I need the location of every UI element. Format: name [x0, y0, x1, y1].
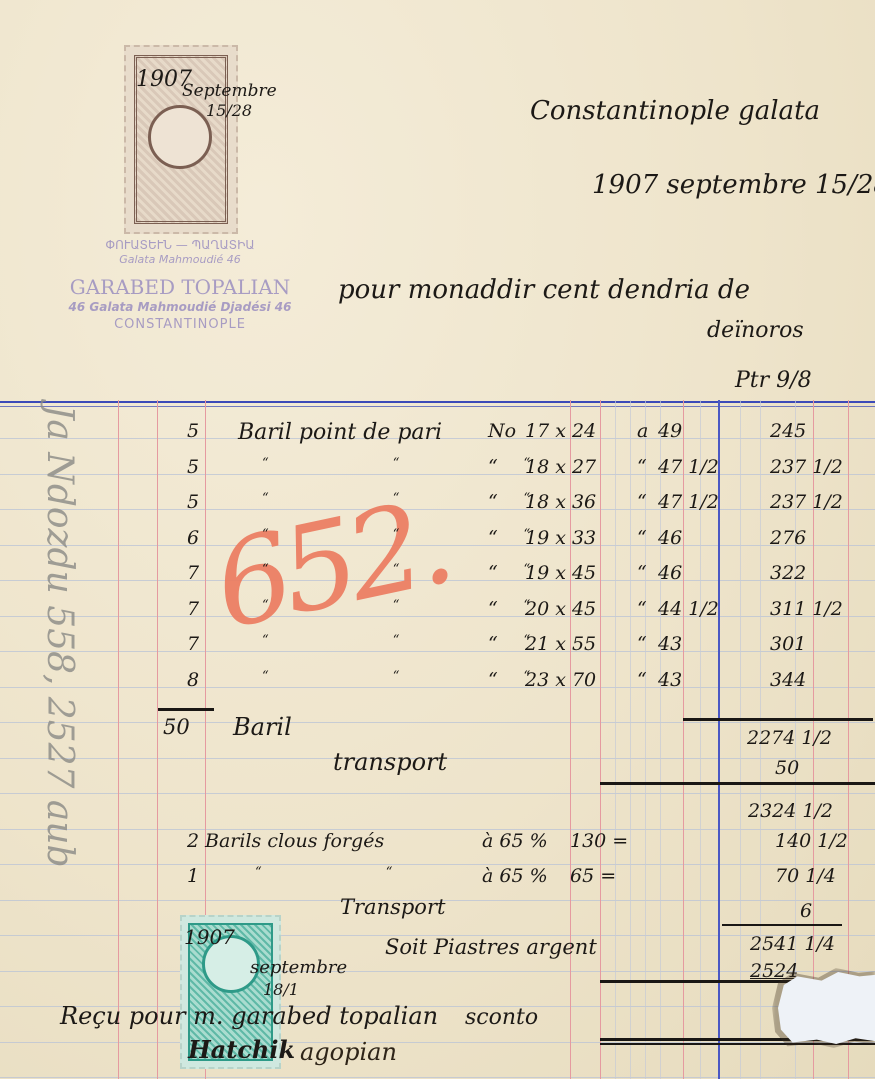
item-rate: 49 [658, 420, 682, 442]
transport-2-amount: 6 [800, 900, 812, 922]
item-rate: 47 1/2 [658, 491, 719, 513]
item-size: 21 x 55 [525, 633, 596, 655]
table-row: 5“ “ ““18 x 27“47 1/2237 1/2 [0, 456, 875, 486]
item-size: 19 x 45 [525, 562, 596, 584]
item-amount: 245 [770, 420, 806, 442]
qty-sum-rule [158, 708, 214, 711]
place-heading: Constantinople galata [530, 96, 820, 126]
item-size: 20 x 45 [525, 598, 596, 620]
item-size: 23 x 70 [525, 669, 596, 691]
item-amount: 237 1/2 [770, 491, 843, 513]
item-amount: 237 1/2 [770, 456, 843, 478]
addressee-line-1: pour monaddir cent dendria de [338, 275, 750, 305]
item-rate: 46 [658, 562, 682, 584]
table-row: 1“ “à 65 %65 =70 1/4 [0, 865, 875, 895]
item-size: 18 x 27 [525, 456, 596, 478]
item-number-label: “ [488, 669, 498, 691]
item-rate: 46 [658, 527, 682, 549]
table-row: 7“ “ ““20 x 45“44 1/2311 1/2 [0, 598, 875, 628]
nail-calc: 65 = [570, 865, 616, 887]
item-rate: 43 [658, 633, 682, 655]
item-rate: 43 [658, 669, 682, 691]
item-amount: 322 [770, 562, 806, 584]
nail-rate: à 65 % [482, 865, 548, 887]
item-qty: 7 [187, 562, 199, 584]
item-number-label: “ [488, 456, 498, 478]
subtotal-rule [683, 718, 873, 721]
total-amount: 2324 1/2 [748, 800, 833, 822]
table-row: 8“ “ ““23 x 70“43344 [0, 669, 875, 699]
item-description: Baril point de pari [238, 420, 442, 445]
merchant-name: GARABED TOPALIAN [40, 275, 320, 300]
transport-label: transport [333, 748, 447, 776]
merchant-stamp: ՓՈՒԱՏԵՒՆ — ՊԱՂԱՏԻԱ Galata Mahmoudié 46 G… [40, 230, 320, 333]
item-number-label: No [488, 420, 516, 442]
ruled-line [0, 971, 875, 972]
item-number-label: “ [488, 491, 498, 513]
receipt-text: Reçu pour m. garabed topalian [60, 1002, 438, 1030]
stamp-annotation-day: 18/1 [263, 980, 299, 999]
item-size: 18 x 36 [525, 491, 596, 513]
currency-column-header: Ptr 9/8 [735, 368, 812, 393]
nail-description: “ “ [255, 865, 452, 880]
merchant-city: CONSTANTINOPLE [40, 317, 320, 333]
item-number-label: “ [488, 527, 498, 549]
transport-2-label: Transport [340, 895, 445, 919]
item-qty: 5 [187, 491, 199, 513]
grand-total-rule [722, 924, 842, 926]
item-qty: 7 [187, 633, 199, 655]
item-qty: 6 [187, 527, 199, 549]
table-row: 7“ “ ““21 x 55“43301 [0, 633, 875, 663]
item-amount: 344 [770, 669, 806, 691]
item-rate-prefix: “ [637, 491, 647, 513]
item-size: 17 x 24 [525, 420, 596, 442]
merchant-address: 46 Galata Mahmoudié Djadési 46 [40, 300, 320, 315]
item-rate-prefix: “ [637, 669, 647, 691]
stamp-annotation-year: 1907 [184, 925, 235, 949]
item-rate-prefix: “ [637, 527, 647, 549]
discount-label: sconto [465, 1005, 538, 1030]
item-rate-prefix: “ [637, 633, 647, 655]
item-rate: 47 1/2 [658, 456, 719, 478]
addressee-line-2: deïnoros [707, 318, 804, 343]
item-number-label: “ [488, 598, 498, 620]
transport-amount: 50 [775, 757, 799, 779]
item-rate: 44 1/2 [658, 598, 719, 620]
item-qty: 8 [187, 669, 199, 691]
grand-total-label: Soit Piastres argent [385, 935, 597, 959]
invoice-page: 1907 Septembre 15/28 ՓՈՒԱՏԵՒՆ — ՊԱՂԱՏԻԱ … [0, 0, 875, 1079]
ledger-top-rule-thin [0, 406, 875, 407]
nail-calc: 130 = [570, 830, 628, 852]
stamp-annotation-month: septembre [250, 957, 347, 978]
net-total-rule [600, 980, 800, 983]
signature-first-name: Hatchik [188, 1035, 295, 1064]
merchant-stamp-armenian: ՓՈՒԱՏԵՒՆ — ՊԱՂԱՏԻԱ [40, 238, 320, 253]
nail-description: Barils clous forgés [205, 830, 384, 852]
nail-rate: à 65 % [482, 830, 548, 852]
ruled-line [0, 722, 875, 723]
table-row: 5Baril point de pariNo17 x 24a49245 [0, 420, 875, 450]
torn-paper-hole [778, 972, 875, 1044]
item-size: 19 x 33 [525, 527, 596, 549]
total-rule [600, 782, 875, 785]
table-row: 2Barils clous forgésà 65 %130 =140 1/2 [0, 830, 875, 860]
item-amount: 311 1/2 [770, 598, 843, 620]
item-rate-prefix: “ [637, 456, 647, 478]
nail-qty: 1 [187, 865, 199, 887]
table-row: 6“ “ ““19 x 33“46276 [0, 527, 875, 557]
item-number-label: “ [488, 562, 498, 584]
item-qty: 7 [187, 598, 199, 620]
item-qty: 5 [187, 456, 199, 478]
item-amount: 301 [770, 633, 806, 655]
stamp-annotation-month: Septembre [182, 81, 277, 101]
item-rate-prefix: a [637, 420, 648, 442]
item-rate-prefix: “ [637, 562, 647, 584]
subtotal-qty: 50 [163, 715, 190, 739]
subtotal-amount: 2274 1/2 [747, 727, 832, 749]
stamp-annotation-day: 15/28 [206, 101, 252, 120]
nail-qty: 2 [187, 830, 199, 852]
ledger-top-rule [0, 401, 875, 403]
nail-amount: 70 1/4 [775, 865, 836, 887]
revenue-stamp-brown: 1907 Septembre 15/28 [124, 45, 238, 234]
merchant-stamp-armenian-address: Galata Mahmoudié 46 [40, 253, 320, 267]
date-heading: 1907 septembre 15/28 [592, 170, 875, 200]
item-number-label: “ [488, 633, 498, 655]
table-row: 7“ “ ““19 x 45“46322 [0, 562, 875, 592]
tughra-emblem-icon [148, 105, 212, 169]
grand-total-amount: 2541 1/4 [750, 933, 835, 955]
table-row: 5“ “ ““18 x 36“47 1/2237 1/2 [0, 491, 875, 521]
ruled-line [0, 793, 875, 794]
subtotal-label: Baril [233, 713, 292, 741]
item-amount: 276 [770, 527, 806, 549]
nail-amount: 140 1/2 [775, 830, 848, 852]
ruled-line [0, 1077, 875, 1078]
item-rate-prefix: “ [637, 598, 647, 620]
item-qty: 5 [187, 420, 199, 442]
signature-last-name: agopian [300, 1038, 397, 1066]
